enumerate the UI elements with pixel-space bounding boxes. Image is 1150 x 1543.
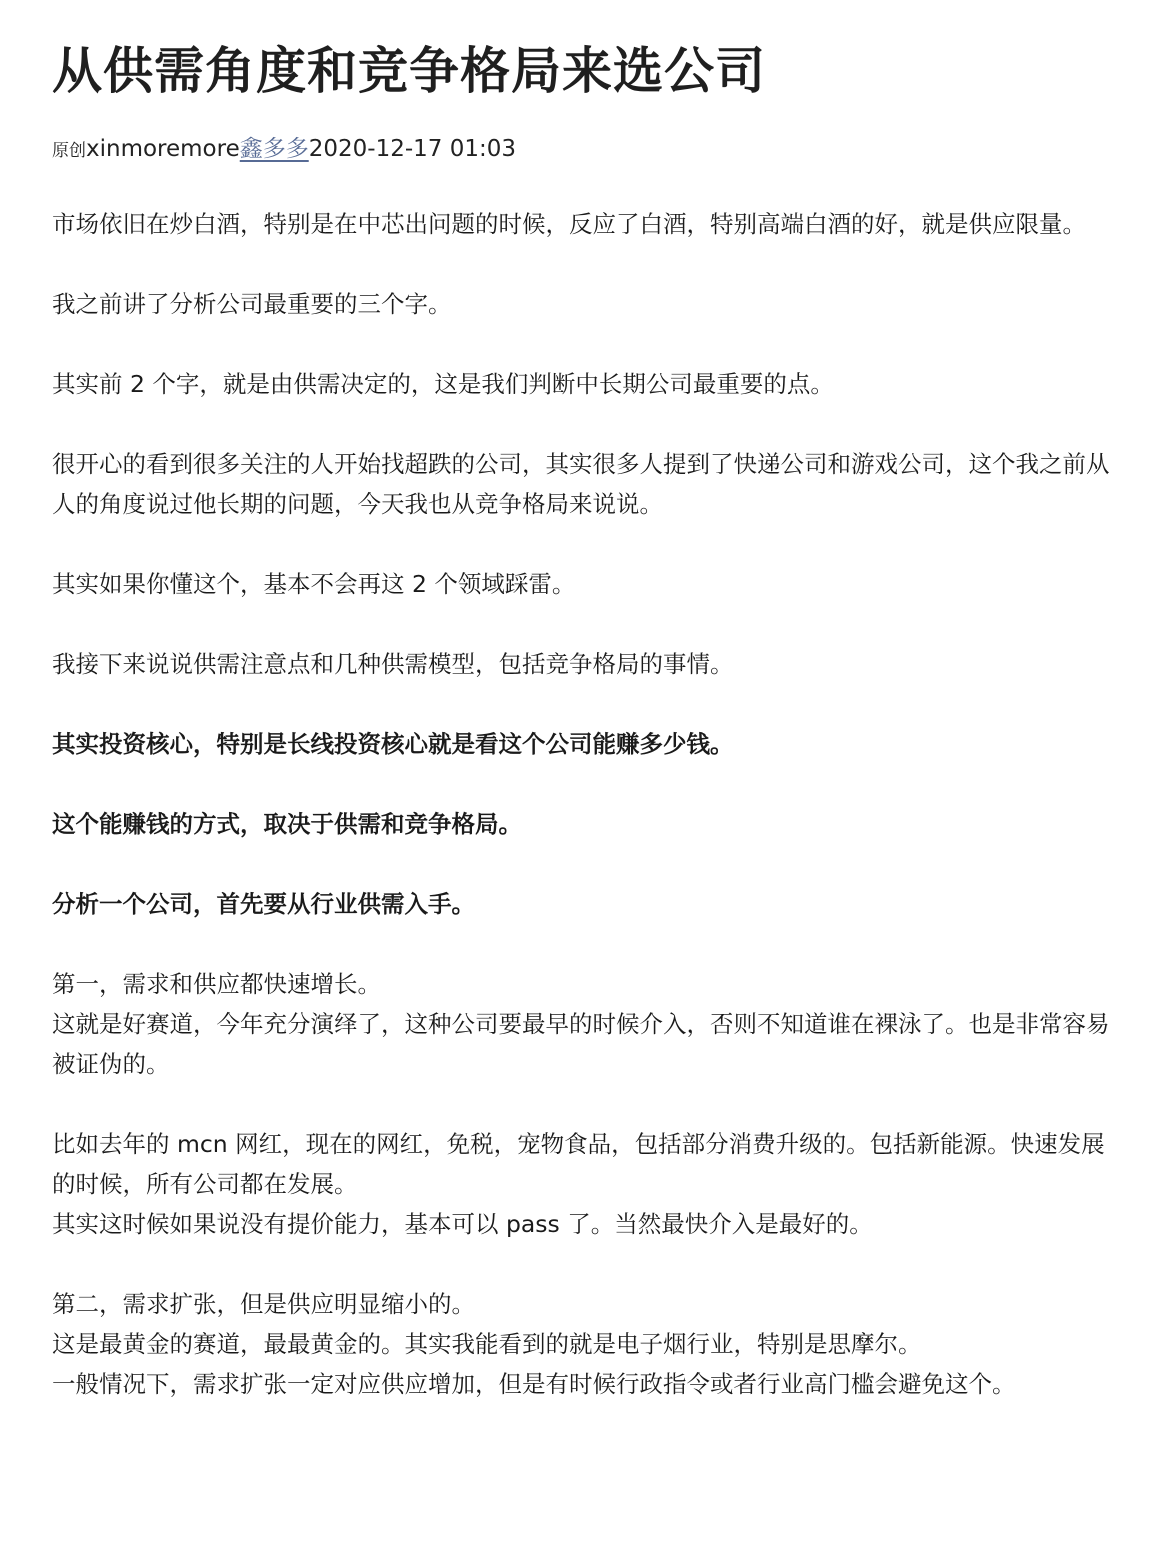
paragraph-line: 我之前讲了分析公司最重要的三个字。 xyxy=(52,284,1110,324)
paragraph: 第二，需求扩张，但是供应明显缩小的。这是最黄金的赛道，最最黄金的。其实我能看到的… xyxy=(52,1284,1110,1404)
paragraph-line: 第二，需求扩张，但是供应明显缩小的。 xyxy=(52,1284,1110,1324)
paragraph-line: 其实这时候如果说没有提价能力，基本可以 pass 了。当然最快介入是最好的。 xyxy=(52,1204,1110,1244)
paragraph-line: 其实前 2 个字，就是由供需决定的，这是我们判断中长期公司最重要的点。 xyxy=(52,364,1110,404)
paragraph-line: 比如去年的 mcn 网红，现在的网红，免税，宠物食品，包括部分消费升级的。包括新… xyxy=(52,1124,1110,1204)
account-name: xinmoremore xyxy=(86,136,240,162)
paragraph: 很开心的看到很多关注的人开始找超跌的公司，其实很多人提到了快递公司和游戏公司，这… xyxy=(52,444,1110,524)
article-meta: 原创xinmoremore鑫多多2020-12-17 01:03 xyxy=(52,132,1110,168)
paragraph: 我之前讲了分析公司最重要的三个字。 xyxy=(52,284,1110,324)
paragraph: 市场依旧在炒白酒，特别是在中芯出问题的时候，反应了白酒，特别高端白酒的好，就是供… xyxy=(52,204,1110,244)
paragraph-line: 分析一个公司，首先要从行业供需入手。 xyxy=(52,884,1110,924)
paragraph-line: 第一，需求和供应都快速增长。 xyxy=(52,964,1110,1004)
paragraph: 我接下来说说供需注意点和几种供需模型，包括竞争格局的事情。 xyxy=(52,644,1110,684)
paragraph: 第一，需求和供应都快速增长。这就是好赛道，今年充分演绎了，这种公司要最早的时候介… xyxy=(52,964,1110,1084)
bold-paragraph: 其实投资核心，特别是长线投资核心就是看这个公司能赚多少钱。 xyxy=(52,724,1110,764)
bold-paragraph: 这个能赚钱的方式，取决于供需和竞争格局。 xyxy=(52,804,1110,844)
bold-paragraph: 分析一个公司，首先要从行业供需入手。 xyxy=(52,884,1110,924)
paragraph-line: 一般情况下，需求扩张一定对应供应增加，但是有时候行政指令或者行业高门槛会避免这个… xyxy=(52,1364,1110,1404)
publish-datetime: 2020-12-17 01:03 xyxy=(309,136,516,162)
paragraph-line: 这就是好赛道，今年充分演绎了，这种公司要最早的时候介入，否则不知道谁在裸泳了。也… xyxy=(52,1004,1110,1084)
paragraph-line: 其实投资核心，特别是长线投资核心就是看这个公司能赚多少钱。 xyxy=(52,724,1110,764)
author-link[interactable]: 鑫多多 xyxy=(240,136,309,162)
article: 从供需角度和竞争格局来选公司 原创xinmoremore鑫多多2020-12-1… xyxy=(0,0,1150,1404)
article-content: 市场依旧在炒白酒，特别是在中芯出问题的时候，反应了白酒，特别高端白酒的好，就是供… xyxy=(52,204,1110,1404)
paragraph-line: 我接下来说说供需注意点和几种供需模型，包括竞争格局的事情。 xyxy=(52,644,1110,684)
paragraph-line: 其实如果你懂这个，基本不会再这 2 个领域踩雷。 xyxy=(52,564,1110,604)
paragraph-line: 很开心的看到很多关注的人开始找超跌的公司，其实很多人提到了快递公司和游戏公司，这… xyxy=(52,444,1110,524)
original-badge: 原创 xyxy=(52,141,86,161)
paragraph-line: 市场依旧在炒白酒，特别是在中芯出问题的时候，反应了白酒，特别高端白酒的好，就是供… xyxy=(52,204,1110,244)
paragraph: 其实如果你懂这个，基本不会再这 2 个领域踩雷。 xyxy=(52,564,1110,604)
paragraph: 比如去年的 mcn 网红，现在的网红，免税，宠物食品，包括部分消费升级的。包括新… xyxy=(52,1124,1110,1244)
paragraph-line: 这是最黄金的赛道，最最黄金的。其实我能看到的就是电子烟行业，特别是思摩尔。 xyxy=(52,1324,1110,1364)
article-title: 从供需角度和竞争格局来选公司 xyxy=(52,0,1110,102)
paragraph-line: 这个能赚钱的方式，取决于供需和竞争格局。 xyxy=(52,804,1110,844)
paragraph: 其实前 2 个字，就是由供需决定的，这是我们判断中长期公司最重要的点。 xyxy=(52,364,1110,404)
